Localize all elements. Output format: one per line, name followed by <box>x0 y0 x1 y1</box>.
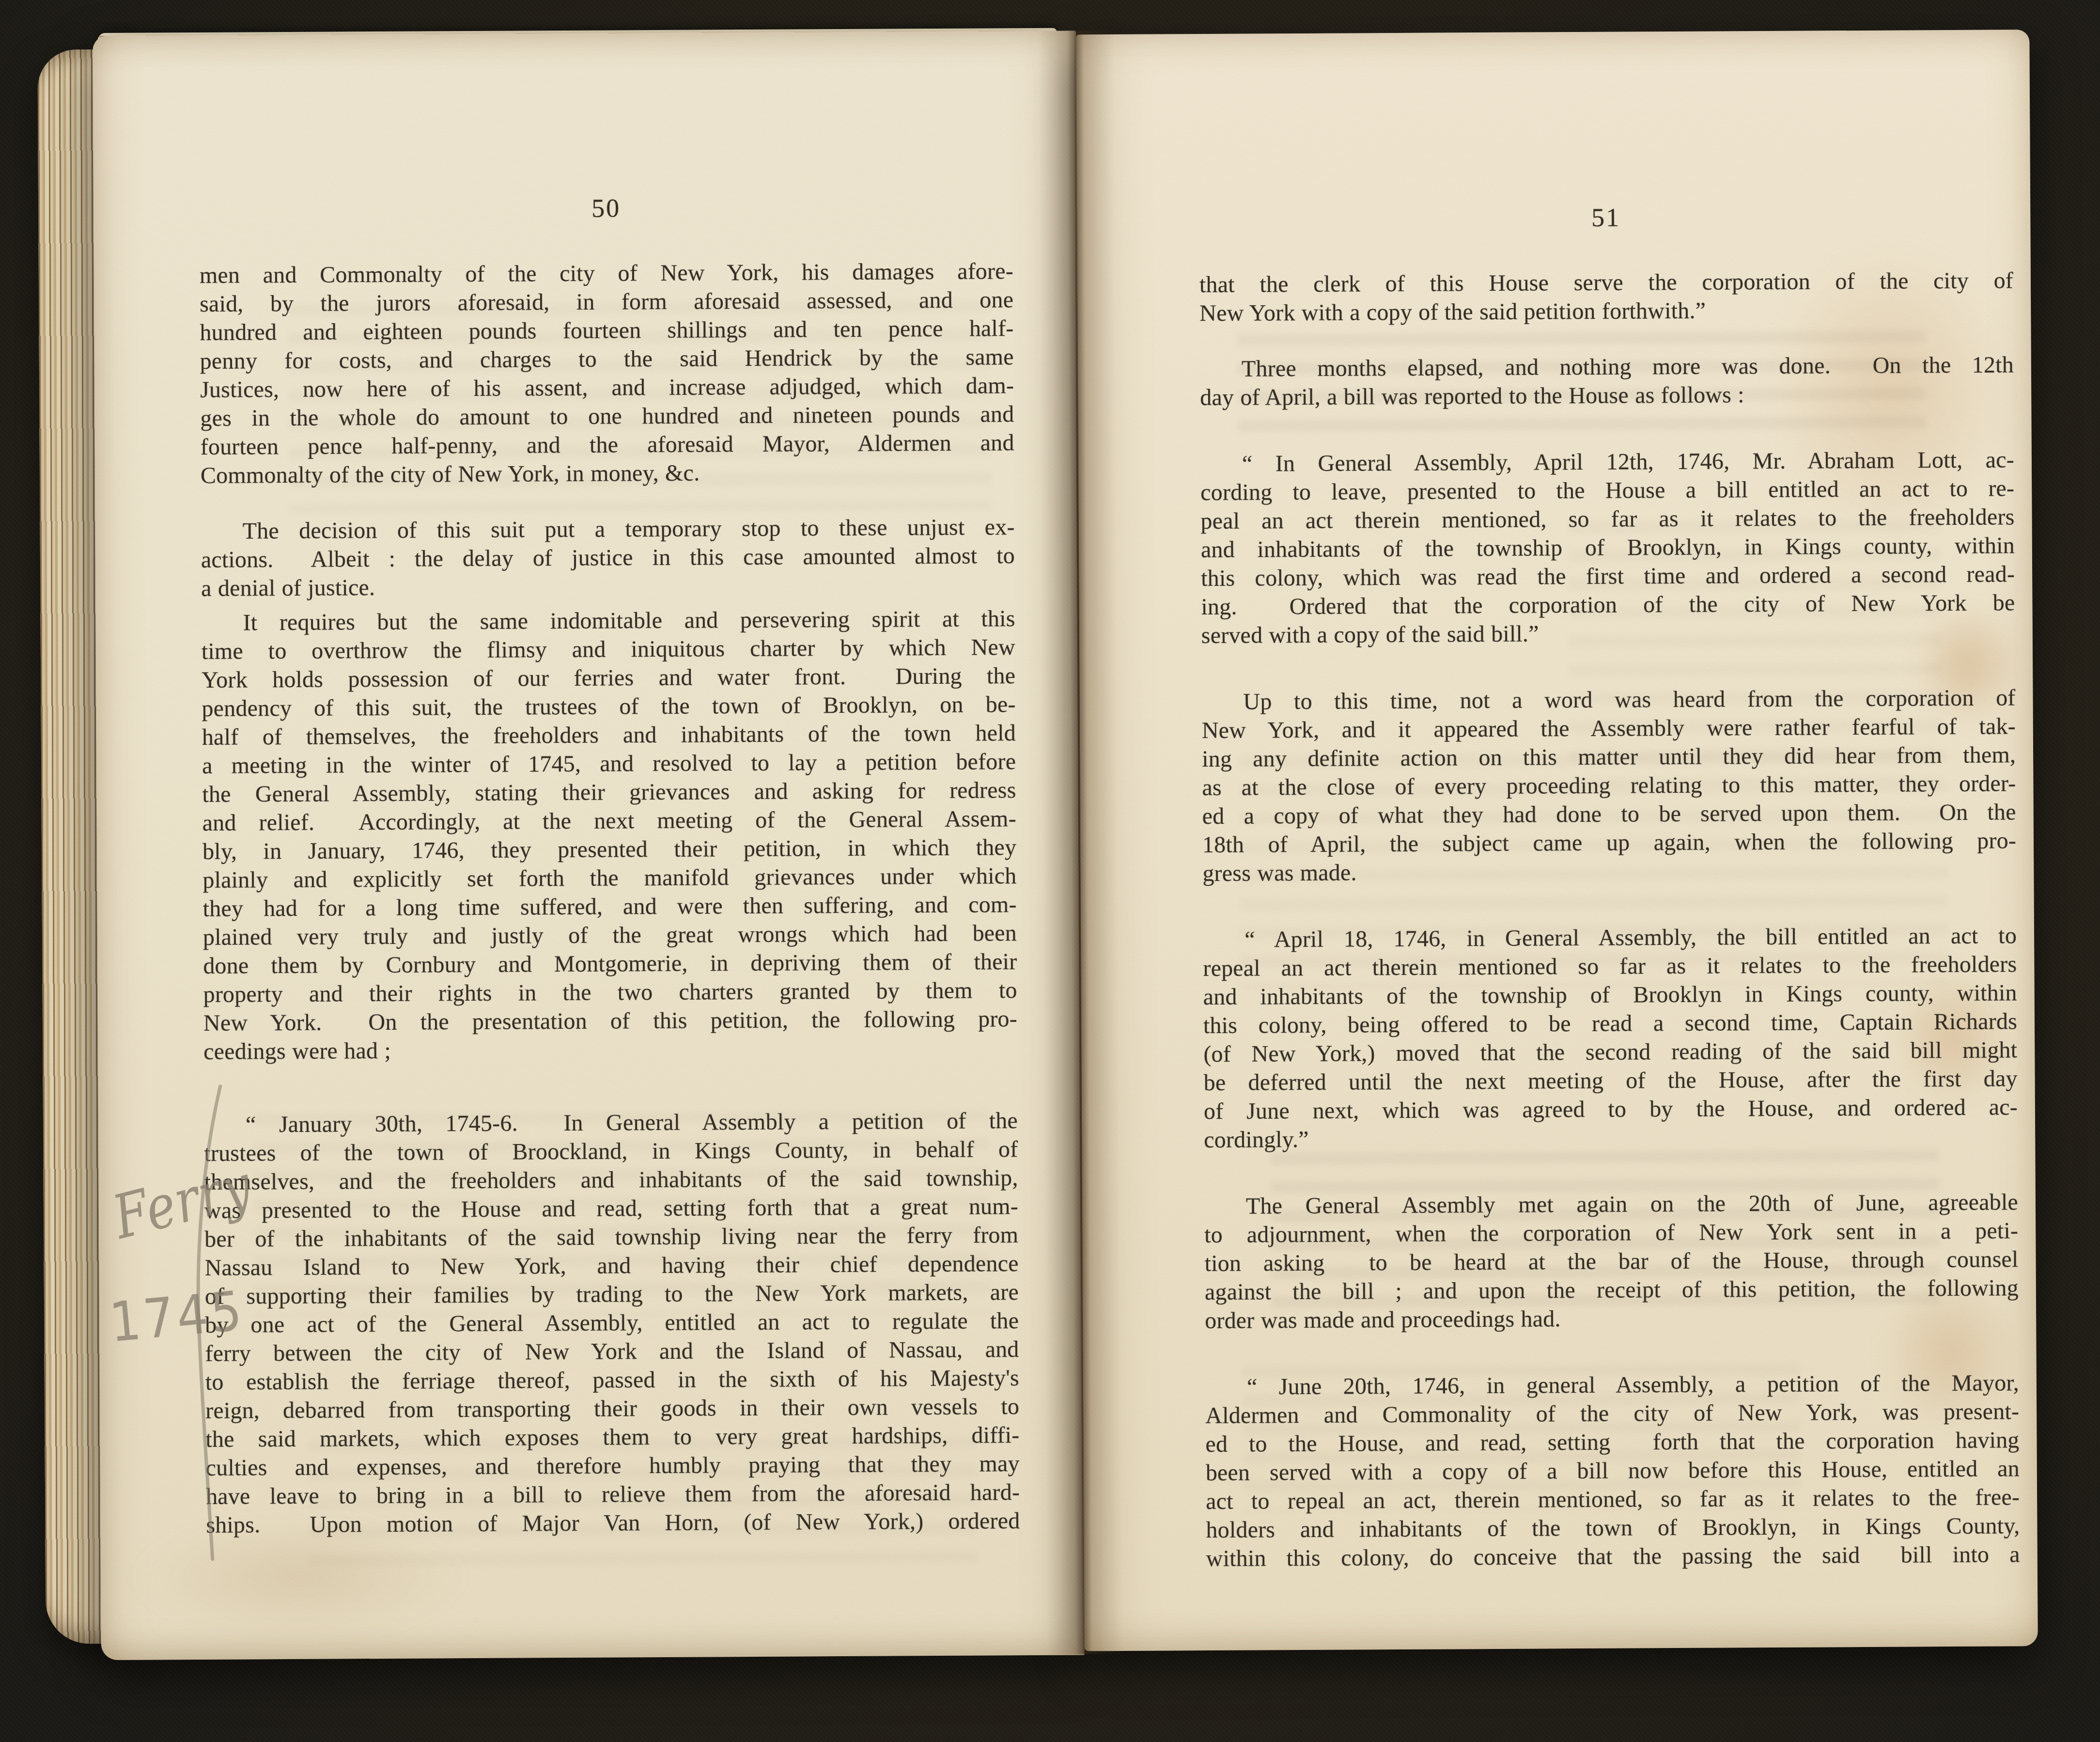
text-line: reign, debarred from transporting their … <box>205 1392 1019 1425</box>
text-line: York holds possession of our ferries and… <box>202 661 1015 694</box>
text-line: New York, and it appeared the Assembly w… <box>1202 712 2016 745</box>
text-line: pendency of this suit, the trustees of t… <box>202 690 1015 723</box>
text-line: time to overthrow the flimsy and iniquit… <box>202 633 1015 666</box>
paragraph: The General Assembly met again on the 20… <box>1204 1188 2019 1335</box>
text-line: penny for costs, and charges to the said… <box>200 343 1014 376</box>
text-line: plained very truly and justly of the gre… <box>203 919 1017 952</box>
text-line: ed to the House, and read, setting forth… <box>1205 1426 2019 1459</box>
quoted-paragraph: “ January 30th, 1745-6. In General Assem… <box>204 1106 1020 1539</box>
text-line: was presented to the House and read, set… <box>204 1192 1018 1225</box>
text-line: cordingly.” <box>1204 1121 2018 1154</box>
open-book: Ferry 1745 50 men and Commonalty of the … <box>25 8 2029 1676</box>
text-line: the said markets, which exposes them to … <box>205 1421 1019 1454</box>
text-line: ed a copy of what they had done to be se… <box>1202 798 2016 831</box>
text-line: said, by the jurors aforesaid, in form a… <box>200 285 1013 318</box>
text-line: property and their rights in the two cha… <box>203 976 1017 1009</box>
text-line: that the clerk of this House serve the c… <box>1199 266 2013 299</box>
text-line: It requires but the same indomitable and… <box>201 604 1015 637</box>
text-line: act to repeal an act, therein mentioned,… <box>1206 1483 2020 1516</box>
text-line: Aldermen and Commonality of the city of … <box>1205 1397 2019 1430</box>
text-line: to adjournment, when the corporation of … <box>1204 1216 2018 1249</box>
text-line: (of New York,) moved that the second rea… <box>1203 1036 2017 1068</box>
text-line: ships. Upon motion of Major Van Horn, (o… <box>206 1507 1020 1539</box>
text-line: New York with a copy of the said petitio… <box>1199 295 2013 328</box>
text-line: The decision of this suit put a temporar… <box>201 513 1014 546</box>
text-line: done them by Cornbury and Montgomerie, i… <box>203 947 1017 980</box>
quoted-paragraph: “ June 20th, 1746, in general Assembly, … <box>1205 1368 2020 1573</box>
text-line: repeal an act therein mentioned so far a… <box>1203 950 2017 983</box>
right-page: 51 that the clerk of this House serve th… <box>1076 30 2038 1651</box>
paragraph: The decision of this suit put a temporar… <box>201 513 1015 603</box>
text-line: to establish the ferriage thereof, passe… <box>205 1364 1019 1397</box>
text-line: the General Assembly, stating their grie… <box>202 776 1016 809</box>
text-line: ing any definite action on this matter u… <box>1202 740 2016 773</box>
text-line: as at the close of every proceeding rela… <box>1202 769 2016 802</box>
text-line: gress was made. <box>1202 855 2016 888</box>
page-number-left: 50 <box>199 191 1013 225</box>
text-line: hundred and eighteen pounds fourteen shi… <box>200 314 1013 347</box>
page-number-right: 51 <box>1199 200 2013 235</box>
text-line: been served with a copy of a bill now be… <box>1206 1454 2020 1487</box>
paragraph: It requires but the same indomitable and… <box>201 604 1017 1066</box>
text-line: order was made and proceedings had. <box>1205 1302 2019 1335</box>
text-line: 18th of April, the subject came up again… <box>1202 826 2016 859</box>
left-page: Ferry 1745 50 men and Commonalty of the … <box>93 31 1085 1660</box>
quoted-paragraph: “ In General Assembly, April 12th, 1746,… <box>1200 445 2015 650</box>
text-line: fourteen pence half-penny, and the afore… <box>201 428 1014 461</box>
text-line: trustees of the town of Broockland, in K… <box>204 1135 1018 1168</box>
text-line: a meeting in the winter of 1745, and res… <box>202 747 1016 780</box>
text-line: and inhabitants of the township of Brook… <box>1201 531 2015 564</box>
text-line: “ January 30th, 1745-6. In General Assem… <box>204 1106 1018 1139</box>
text-line: have leave to bring in a bill to relieve… <box>206 1478 1020 1511</box>
text-line: culties and expenses, and therefore humb… <box>206 1449 1020 1482</box>
text-line: cording to leave, presented to the House… <box>1200 474 2014 507</box>
text-line: ber of the inhabitants of the said towns… <box>204 1221 1018 1254</box>
left-page-text: men and Commonalty of the city of New Yo… <box>200 257 1020 1539</box>
text-line: served with a copy of the said bill.” <box>1201 617 2015 650</box>
text-line: tion asking to be heard at the bar of th… <box>1204 1245 2018 1278</box>
paragraph: men and Commonalty of the city of New Yo… <box>200 257 1014 490</box>
text-line: ing. Ordered that the corporation of the… <box>1201 588 2015 621</box>
text-line: be deferred until the next meeting of th… <box>1203 1064 2017 1097</box>
text-line: actions. Albeit : the delay of justice i… <box>201 541 1015 574</box>
text-line: The General Assembly met again on the 20… <box>1204 1188 2018 1221</box>
text-line: Up to this time, not a word was heard fr… <box>1201 683 2015 716</box>
text-line: themselves, and the freeholders and inha… <box>204 1163 1018 1196</box>
text-line: within this colony, do conceive that the… <box>1206 1540 2020 1573</box>
paragraph: Up to this time, not a word was heard fr… <box>1201 683 2016 888</box>
text-line: a denial of justice. <box>201 570 1015 603</box>
text-line: Commonalty of the city of New York, in m… <box>201 457 1014 490</box>
text-line: this colony, being offered to be read a … <box>1203 1007 2017 1040</box>
text-line: Nassau Island to New York, and having th… <box>204 1249 1018 1282</box>
text-line: “ In General Assembly, April 12th, 1746,… <box>1200 445 2014 478</box>
quoted-paragraph: “ April 18, 1746, in General Assembly, t… <box>1203 921 2018 1154</box>
text-line: Three months elapsed, and nothing more w… <box>1200 350 2014 383</box>
text-line: of supporting their families by trading … <box>205 1278 1019 1311</box>
text-line: “ April 18, 1746, in General Assembly, t… <box>1203 921 2017 954</box>
text-line: day of April, a bill was reported to the… <box>1200 379 2014 412</box>
text-line: ferry between the city of New York and t… <box>205 1335 1019 1368</box>
photo-background: Ferry 1745 50 men and Commonalty of the … <box>0 0 2100 1742</box>
text-line: ges in the whole do amount to one hundre… <box>200 400 1014 433</box>
text-line: and inhabitants of the township of Brook… <box>1203 978 2017 1011</box>
paragraph: Three months elapsed, and nothing more w… <box>1200 350 2014 412</box>
text-line: plainly and explicitly set forth the man… <box>202 862 1016 895</box>
text-line: holders and inhabitants of the town of B… <box>1206 1511 2020 1544</box>
right-page-text: that the clerk of this House serve the c… <box>1199 266 2020 1573</box>
text-line: Justices, now here of his assent, and in… <box>200 371 1014 404</box>
text-line: peal an act therein mentioned, so far as… <box>1200 502 2014 535</box>
text-line: and relief. Accordingly, at the next mee… <box>202 804 1016 837</box>
text-line: ceedings were had ; <box>203 1033 1017 1066</box>
text-line: they had for a long time suffered, and w… <box>203 890 1017 923</box>
text-line: of June next, which was agreed to by the… <box>1204 1093 2018 1126</box>
text-line: men and Commonalty of the city of New Yo… <box>200 257 1013 290</box>
text-line: New York. On the presentation of this pe… <box>203 1004 1017 1037</box>
text-line: half of themselves, the freeholders and … <box>202 719 1016 752</box>
text-line: this colony, which was read the first ti… <box>1201 560 2015 593</box>
right-page-content: 51 that the clerk of this House serve th… <box>1199 200 2020 1573</box>
text-line: “ June 20th, 1746, in general Assembly, … <box>1205 1368 2019 1401</box>
text-line: against the bill ; and upon the receipt … <box>1205 1273 2019 1306</box>
paragraph: that the clerk of this House serve the c… <box>1199 266 2014 328</box>
text-line: bly, in January, 1746, they presented th… <box>202 833 1016 866</box>
text-line: by one act of the General Assembly, enti… <box>205 1306 1019 1339</box>
left-page-content: 50 men and Commonalty of the city of New… <box>199 191 1020 1539</box>
